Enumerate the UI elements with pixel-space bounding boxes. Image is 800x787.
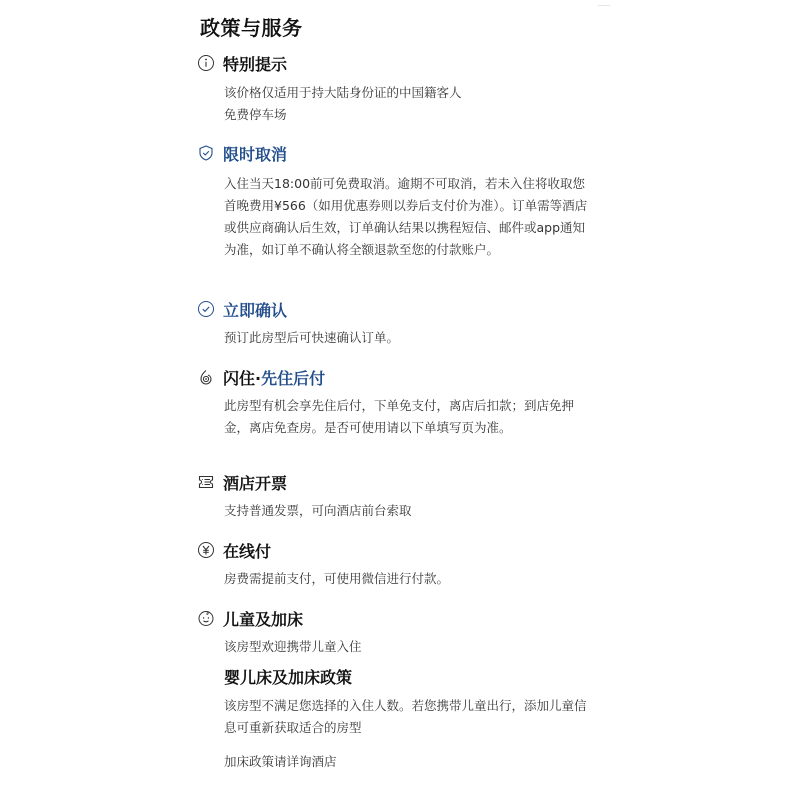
section-title: 在线付 [223, 539, 271, 562]
section-online-pay: 在线付 房费需提前支付，可使用微信进行付款。 [197, 538, 594, 590]
info-circle-icon [197, 54, 215, 72]
confirm-text: 预订此房型后可快速确认订单。 [224, 327, 594, 349]
yen-circle-icon [197, 541, 215, 559]
section-title: 立即确认 [223, 298, 287, 321]
section-title: 儿童及加床 [223, 607, 303, 630]
children-text: 该房型欢迎携带儿童入住 [224, 636, 594, 658]
section-limited-cancel: 限时取消 入住当天18:00前可免费取消。逾期不可取消，若未入住将收取您首晚费用… [197, 141, 594, 261]
subsection-title: 婴儿床及加床政策 [224, 666, 594, 690]
notice-line: 免费停车场 [224, 104, 594, 126]
section-instant-confirm: 立即确认 预订此房型后可快速确认订单。 [197, 297, 594, 349]
extra-bed-text: 该房型不满足您选择的入住人数。若您携带儿童出行，添加儿童信息可重新获取适合的房型 [224, 695, 594, 739]
flash-stay-label: 闪住 [223, 369, 255, 388]
flash-stay-text: 此房型有机会享先住后付，下单免支付，离店后扣款；到店免押金，离店免查房。是否可使… [224, 395, 594, 439]
extra-bed-inquiry: 加床政策请详询酒店 [224, 751, 594, 773]
baby-face-icon [197, 609, 215, 627]
flash-stay-icon [197, 368, 215, 386]
page-title: 政策与服务 [200, 12, 303, 41]
section-title: 闪住·先住后付 [223, 366, 325, 389]
section-title: 限时取消 [223, 142, 287, 165]
section-title: 酒店开票 [223, 471, 287, 494]
section-title: 特别提示 [223, 52, 287, 75]
check-circle-icon [197, 300, 215, 318]
pay-later-label: 先住后付 [261, 369, 325, 388]
invoice-text: 支持普通发票，可向酒店前台索取 [224, 500, 594, 522]
online-pay-text: 房费需提前支付，可使用微信进行付款。 [224, 568, 594, 590]
section-children-extra-bed: 儿童及加床 该房型欢迎携带儿童入住 婴儿床及加床政策 该房型不满足您选择的入住人… [197, 606, 594, 773]
section-flash-stay: 闪住·先住后付 此房型有机会享先住后付，下单免支付，离店后扣款；到店免押金，离店… [197, 365, 594, 439]
cancel-policy-text: 入住当天18:00前可免费取消。逾期不可取消，若未入住将收取您首晚费用¥566（… [224, 173, 594, 261]
top-divider [598, 5, 610, 6]
invoice-icon [197, 473, 215, 491]
shield-check-icon [197, 144, 215, 162]
notice-line: 该价格仅适用于持大陆身份证的中国籍客人 [224, 82, 594, 104]
section-invoice: 酒店开票 支持普通发票，可向酒店前台索取 [197, 470, 594, 522]
section-special-notice: 特别提示 该价格仅适用于持大陆身份证的中国籍客人 免费停车场 [197, 51, 594, 126]
